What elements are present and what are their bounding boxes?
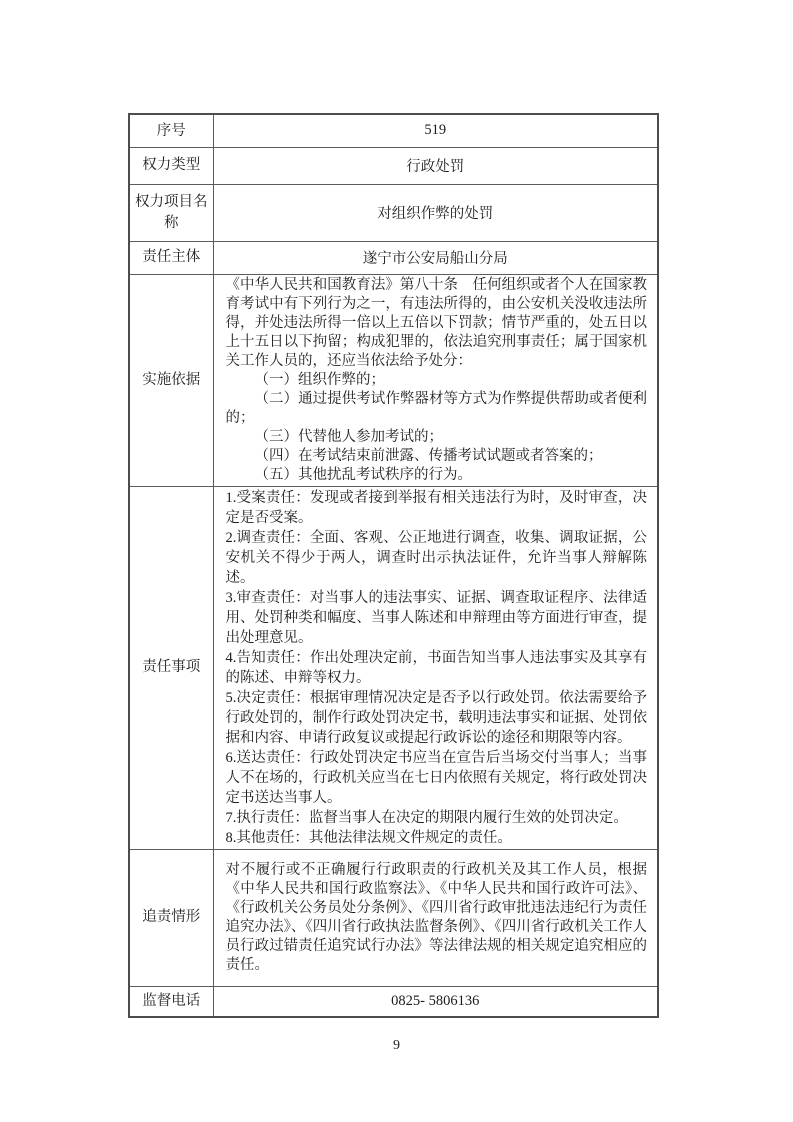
table-row-responsibility-items: 责任事项 1.受案责任：发现或者接到举报有相关违法行为时，及时审查，决定是否受案…	[129, 486, 658, 849]
row-value-responsible-entity: 遂宁市公安局船山分局	[213, 241, 658, 274]
responsibility-item-3: 3.审查责任：对当事人的违法事实、证据、调查取证程序、法律适用、处罚种类和幅度、…	[226, 588, 648, 648]
row-label-serial-number: 序号	[129, 114, 213, 147]
row-label-responsibility-items: 责任事项	[129, 486, 213, 849]
legal-basis-item-1: （一）组织作弊的；	[226, 371, 648, 390]
responsibility-item-2: 2.调查责任：全面、客观、公正地进行调查，收集、调取证据，公安机关不得少于两人，…	[226, 528, 648, 588]
table-row-supervision-phone: 监督电话 0825- 5806136	[129, 986, 658, 1017]
table-row-power-item-name: 权力项目名称 对组织作弊的处罚	[129, 184, 658, 241]
legal-basis-paragraph: 《中华人民共和国教育法》第八十条 任何组织或者个人在国家教育考试中有下列行为之一…	[226, 276, 648, 371]
row-label-power-item-name: 权力项目名称	[129, 184, 213, 241]
legal-basis-item-5: （五）其他扰乱考试秩序的行为。	[226, 466, 648, 485]
power-item-table: 序号 519 权力类型 行政处罚 权力项目名称 对组织作弊的处罚 责任主体 遂宁…	[128, 113, 659, 1018]
responsibility-item-1: 1.受案责任：发现或者接到举报有相关违法行为时，及时审查，决定是否受案。	[226, 488, 648, 528]
responsibility-item-4: 4.告知责任：作出处理决定前，书面告知当事人违法事实及其享有的陈述、申辩等权力。	[226, 648, 648, 688]
row-value-power-item-name: 对组织作弊的处罚	[213, 184, 658, 241]
row-value-accountability-circumstances: 对不履行或不正确履行行政职责的行政机关及其工作人员，根据《中华人民共和国行政监察…	[213, 849, 658, 986]
responsibility-item-5: 5.决定责任：根据审理情况决定是否予以行政处罚。依法需要给予行政处罚的，制作行政…	[226, 688, 648, 748]
row-value-responsibility-items: 1.受案责任：发现或者接到举报有相关违法行为时，及时审查，决定是否受案。 2.调…	[213, 486, 658, 849]
row-label-supervision-phone: 监督电话	[129, 986, 213, 1017]
table-row-power-type: 权力类型 行政处罚	[129, 147, 658, 184]
document-page: { "colors": { "page_background": "#fffff…	[0, 0, 793, 1122]
accountability-paragraph: 对不履行或不正确履行行政职责的行政机关及其工作人员，根据《中华人民共和国行政监察…	[226, 861, 648, 975]
row-value-supervision-phone: 0825- 5806136	[213, 986, 658, 1017]
row-value-power-type: 行政处罚	[213, 147, 658, 184]
table-row-accountability-circumstances: 追责情形 对不履行或不正确履行行政职责的行政机关及其工作人员，根据《中华人民共和…	[129, 849, 658, 986]
row-label-power-type: 权力类型	[129, 147, 213, 184]
table-row-serial-number: 序号 519	[129, 114, 658, 147]
document-body: 序号 519 权力类型 行政处罚 权力项目名称 对组织作弊的处罚 责任主体 遂宁…	[0, 0, 793, 1122]
row-value-implementation-basis: 《中华人民共和国教育法》第八十条 任何组织或者个人在国家教育考试中有下列行为之一…	[213, 274, 658, 486]
row-label-accountability-circumstances: 追责情形	[129, 849, 213, 986]
responsibility-item-8: 8.其他责任：其他法律法规文件规定的责任。	[226, 828, 648, 848]
responsibility-item-6: 6.送达责任：行政处罚决定书应当在宣告后当场交付当事人；当事人不在场的，行政机关…	[226, 748, 648, 808]
legal-basis-item-4: （四）在考试结束前泄露、传播考试试题或者答案的；	[226, 447, 648, 466]
page-number: 9	[0, 1038, 793, 1054]
table-row-responsible-entity: 责任主体 遂宁市公安局船山分局	[129, 241, 658, 274]
row-label-responsible-entity: 责任主体	[129, 241, 213, 274]
responsibility-item-7: 7.执行责任：监督当事人在决定的期限内履行生效的处罚决定。	[226, 808, 648, 828]
legal-basis-item-3: （三）代替他人参加考试的；	[226, 428, 648, 447]
legal-basis-item-2: （二）通过提供考试作弊器材等方式为作弊提供帮助或者便利的；	[226, 390, 648, 428]
table-row-implementation-basis: 实施依据 《中华人民共和国教育法》第八十条 任何组织或者个人在国家教育考试中有下…	[129, 274, 658, 486]
row-label-implementation-basis: 实施依据	[129, 274, 213, 486]
row-value-serial-number: 519	[213, 114, 658, 147]
